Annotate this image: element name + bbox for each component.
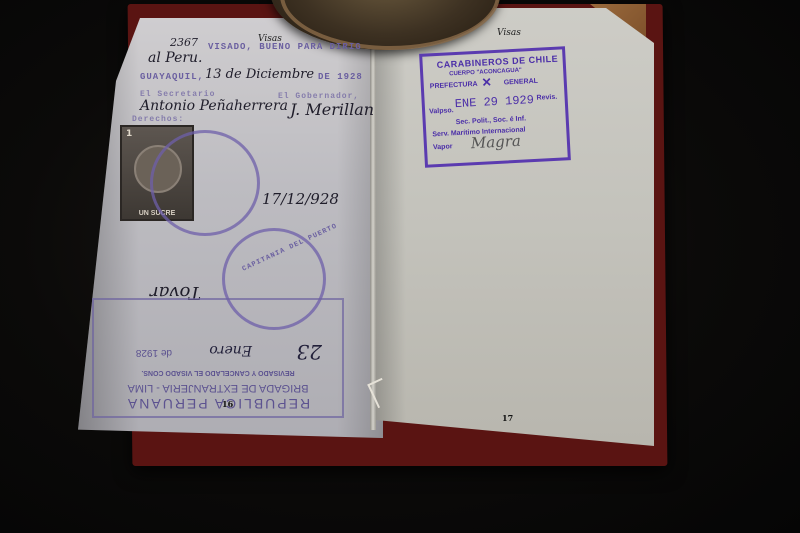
- peru-stamp-line1: REPUBLICA PERUANA: [94, 396, 342, 412]
- peru-stamp-month: Enero: [209, 342, 252, 358]
- chile-stamp-place: Valpso.: [429, 107, 454, 115]
- crossed-swords-icon: ✕: [481, 75, 492, 90]
- chile-stamp-line1: CARABINEROS DE CHILE: [436, 54, 558, 70]
- visa-number: 2367: [170, 36, 198, 49]
- chile-stamp-general: GENERAL: [504, 78, 539, 87]
- chile-stamp-line5: Sec. Polit., Soc. é Inf.: [456, 115, 527, 126]
- chile-stamp-signature: Magra: [470, 132, 521, 153]
- peru-brigada-stamp: REPUBLICA PERUANA BRIGADA DE EXTRANJERIA…: [92, 298, 344, 418]
- peru-stamp-year: de 1928: [136, 347, 172, 358]
- peru-stamp-day: 23: [297, 340, 322, 364]
- destination-handwritten: al Peru.: [148, 50, 203, 66]
- chile-stamp-revis: Revis.: [536, 94, 557, 102]
- year-printed: DE 1928: [318, 72, 363, 82]
- right-page-header: Visas: [497, 28, 521, 38]
- visa-line: VISADO, BUENO PARA DIRIG: [208, 42, 362, 52]
- guayaquil-circular-stamp: [150, 130, 260, 236]
- place-printed: GUAYAQUIL,: [140, 72, 204, 82]
- derechos-label: Derechos:: [132, 115, 184, 124]
- secretary-signature: Antonio Peñaherrera: [140, 98, 288, 114]
- page-number-left: 16: [222, 399, 233, 409]
- peru-stamp-line2: BRIGADA DE EXTRANJERIA - LIMA: [94, 382, 342, 394]
- chile-stamp-prefectura: PREFECTURA: [430, 81, 478, 90]
- date-handwritten: 13 de Diciembre: [205, 67, 314, 82]
- peru-stamp-line3: REVISADO Y CANCELADO EL VISADO CONS.: [94, 369, 342, 376]
- date-handwritten-2: 17/12/928: [262, 190, 339, 208]
- passport-spine: [370, 10, 376, 430]
- chile-stamp-date: ENE 29 1929: [454, 93, 534, 111]
- page-number-right: 17: [502, 413, 513, 423]
- carabineros-chile-stamp: CARABINEROS DE CHILE CUERPO "ACONCAGUA" …: [419, 46, 571, 167]
- revenue-denomination: 1: [126, 129, 132, 139]
- chile-stamp-line7: Vapor: [433, 143, 453, 151]
- governor-signature: J. Merillan: [290, 100, 374, 119]
